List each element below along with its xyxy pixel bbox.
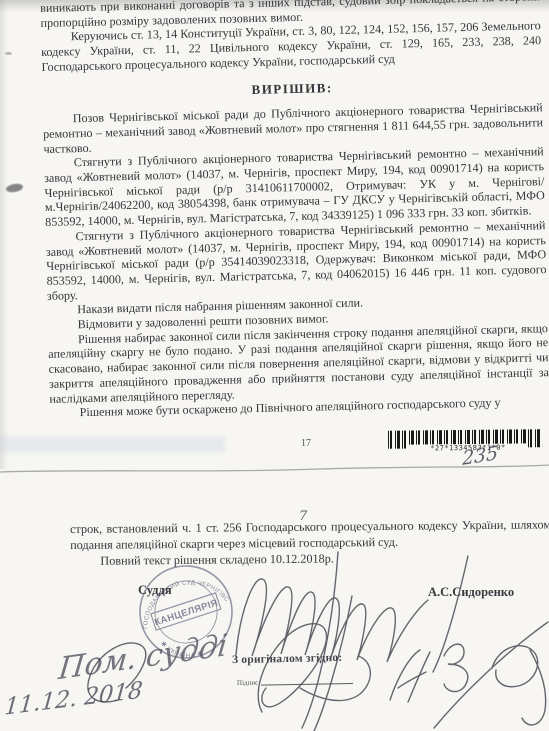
paragraph-full-text-date: Повний текст рішення складено 10.12.2018… bbox=[70, 548, 549, 569]
scan-left-shadow bbox=[0, 0, 8, 469]
right-signature-o bbox=[492, 646, 546, 725]
paragraph-legal-force: Рішення набирає законної сили після закі… bbox=[48, 321, 549, 406]
right-signature-zh bbox=[390, 650, 430, 702]
judge-label: Суддя bbox=[138, 583, 172, 598]
scan-ink-blob bbox=[5, 183, 23, 194]
scanned-court-decision-page: виникають при виконанні договорів та з і… bbox=[0, 0, 549, 731]
right-signature-upstroke bbox=[434, 622, 548, 728]
page-number: 17 bbox=[301, 438, 311, 449]
scan-faded-highlight bbox=[0, 436, 225, 453]
scan-speck bbox=[5, 52, 12, 55]
certification-stamp-text: З оригіналом згідно: bbox=[232, 652, 343, 666]
paragraph-recover-court-fee: Стягнути з Публічного акціонерного товар… bbox=[45, 218, 547, 303]
right-signature-v bbox=[444, 644, 468, 691]
certifier-signature bbox=[258, 624, 326, 712]
signature-caption: Підпис bbox=[237, 679, 258, 687]
stamp-center-text: КАНЦЕЛЯРІЯ bbox=[153, 598, 219, 629]
judge-signature bbox=[236, 579, 428, 662]
paragraph-appeal-term: строк, встановлений ч. 1 ст. 256 Господа… bbox=[70, 516, 549, 553]
judge-name: А.С.Сидоренко bbox=[428, 585, 514, 600]
signature-underline bbox=[261, 683, 353, 686]
signature-caption-row: Підпис bbox=[237, 677, 353, 687]
judge-signature-slash bbox=[433, 556, 468, 672]
appeal-term-block: строк, встановлений ч. 1 ст. 256 Господа… bbox=[70, 516, 549, 569]
decision-heading: ВИРІШИВ: bbox=[42, 76, 542, 102]
paragraph-recover-damages: Стягнути з Публічного акціонерного товар… bbox=[44, 145, 546, 230]
decision-text-block: виникають при виконанні договорів та з і… bbox=[40, 0, 549, 421]
long-pen-stroke bbox=[302, 552, 338, 728]
handwritten-page-number: 235 bbox=[462, 442, 498, 470]
